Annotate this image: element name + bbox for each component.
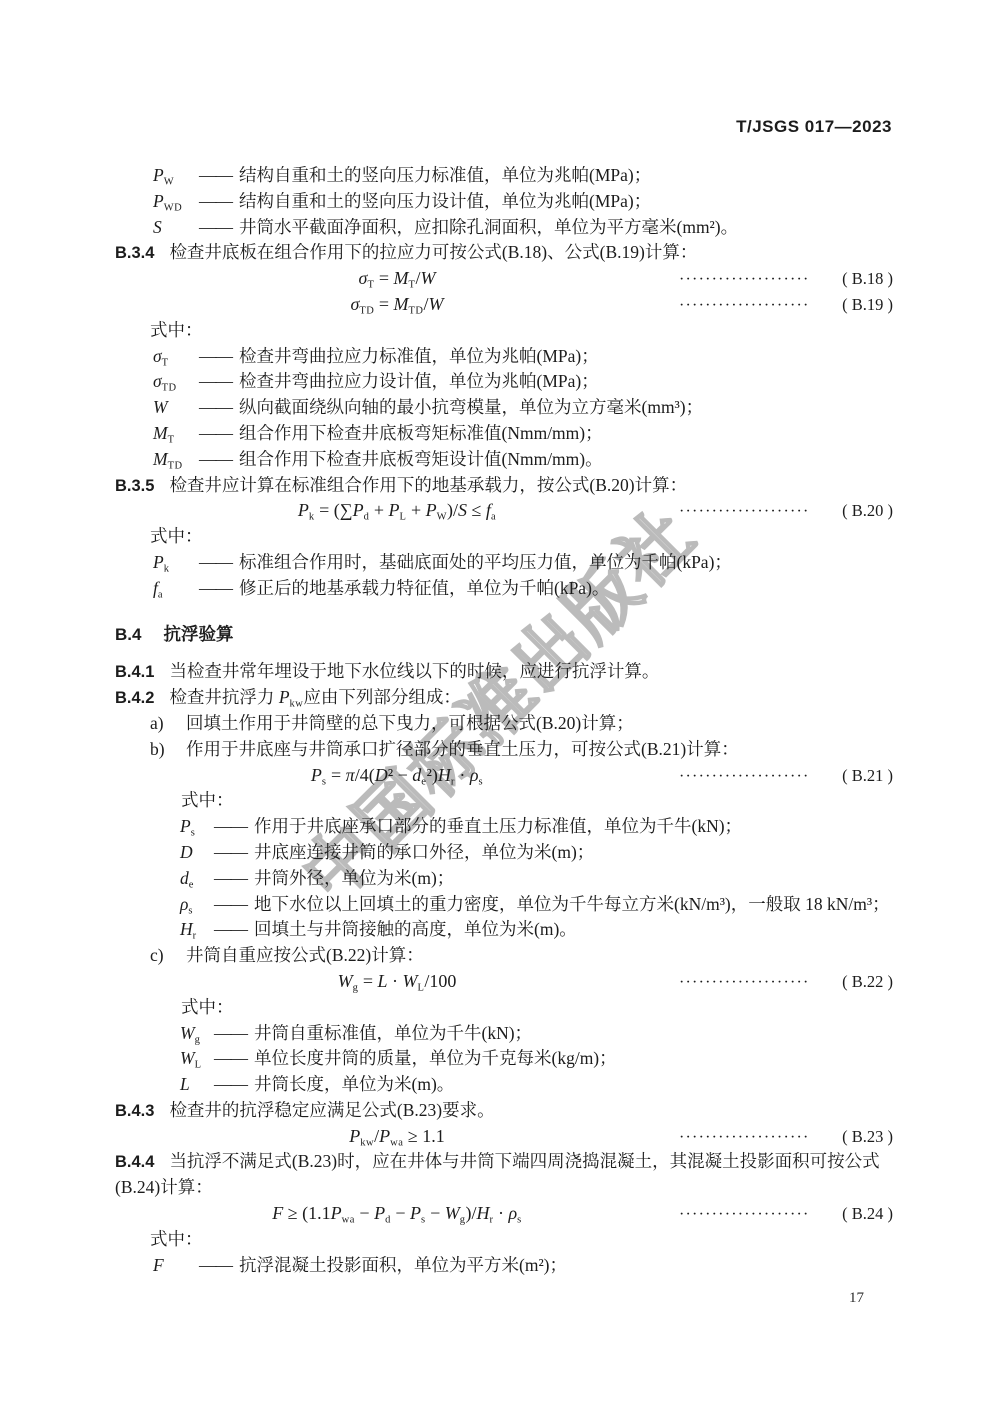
definition-symbol: D: [180, 840, 214, 866]
formula-line: F ≥ (1.1Pwa − Pd − Ps − Wg)/Hr · ρs·····…: [115, 1201, 893, 1227]
text: (B.24)计算：: [115, 1177, 213, 1197]
definition-text: 修正后的地基承载力特征值，单位为千帕(kPa)。: [239, 578, 609, 598]
definition-text: 检查井弯曲拉应力设计值，单位为兆帕(MPa)；: [239, 371, 599, 391]
definition-text: 标准组合作用时，基础底面处的平均压力值，单位为千帕(kPa)；: [239, 552, 732, 572]
clause-number: B.3.4: [115, 244, 154, 262]
text: 当抗浮不满足式(B.23)时，应在井体与井筒下端四周浇捣混凝土，其混凝土投影面积…: [169, 1151, 879, 1171]
definition-dash: ——: [214, 894, 247, 914]
document-body: PW——结构自重和土的竖向压力标准值，单位为兆帕(MPa)；PWD——结构自重和…: [115, 163, 893, 1278]
heading-line: B.4抗浮验算: [115, 622, 893, 648]
definition-text: 检查井弯曲拉应力标准值，单位为兆帕(MPa)；: [239, 346, 599, 366]
definition-text: 井底座连接井筒的承口外径，单位为米(m)；: [254, 842, 594, 862]
clause-number: B.4.3: [115, 1102, 154, 1120]
formula-line: Pkw/Pwa ≥ 1.1·······················( B.…: [115, 1124, 893, 1150]
formula-number: ( B.22 ): [809, 969, 893, 995]
definition-text: 组合作用下检查井底板弯矩设计值(Nmm/mm)。: [239, 449, 603, 469]
formula-leader-dots: ·······················: [679, 970, 809, 996]
definition-text: 回填土与井筒接触的高度，单位为米(m)。: [254, 919, 577, 939]
formula-leader-dots: ·······················: [679, 1125, 809, 1151]
list-label: a): [150, 711, 186, 737]
clause-number: B.4.2: [115, 689, 154, 707]
definition-dash: ——: [214, 1048, 247, 1068]
definition-symbol: L: [180, 1072, 214, 1098]
definition-text: 抗浮混凝土投影面积，单位为平方米(m²)；: [239, 1255, 567, 1275]
definition-text: 结构自重和土的竖向压力标准值，单位为兆帕(MPa)；: [239, 165, 651, 185]
definition-dash: ——: [214, 868, 247, 888]
def-line: PW——结构自重和土的竖向压力标准值，单位为兆帕(MPa)；: [153, 163, 893, 189]
text: 式中：: [181, 997, 234, 1017]
def-line: MT——组合作用下检查井底板弯矩标准值(Nmm/mm)；: [153, 421, 893, 447]
definition-dash: ——: [214, 919, 247, 939]
text: 式中：: [150, 1229, 203, 1249]
def-line: Ps——作用于井底座承口部分的垂直土压力标准值，单位为千牛(kN)；: [180, 814, 893, 840]
formula-leader-dots: ·······················: [679, 764, 809, 790]
text: 式中：: [150, 526, 203, 546]
definition-dash: ——: [199, 346, 232, 366]
definition-dash: ——: [199, 552, 232, 572]
text: 回填土作用于井筒壁的总下曳力，可根据公式(B.20)计算；: [186, 713, 634, 733]
def-line: WL——单位长度井筒的质量，单位为千克每米(kg/m)；: [180, 1046, 893, 1072]
text: 作用于井底座与井筒承口扩径部分的垂直土压力，可按公式(B.21)计算：: [186, 739, 739, 759]
clause-line: B.3.5检查井应计算在标准组合作用下的地基承载力，按公式(B.20)计算：: [115, 473, 893, 499]
formula-number: ( B.23 ): [809, 1124, 893, 1150]
formula-leader-dots: ·······················: [679, 293, 809, 319]
text: 当检查井常年埋设于地下水位线以下的时候，应进行抗浮计算。: [169, 661, 659, 681]
document-header: T/JSGS 017—2023: [736, 117, 892, 137]
definition-dash: ——: [199, 397, 232, 417]
def-line: Wg——井筒自重标准值，单位为千牛(kN)；: [180, 1021, 893, 1047]
formula-number: ( B.24 ): [809, 1201, 893, 1227]
definition-dash: ——: [199, 578, 232, 598]
text: 式中：: [150, 320, 203, 340]
definition-symbol: F: [153, 1253, 199, 1279]
def-line: S——井筒水平截面净面积，应扣除孔洞面积，单位为平方毫米(mm²)。: [153, 215, 893, 241]
definition-dash: ——: [199, 1255, 232, 1275]
def-line: PWD——结构自重和土的竖向压力设计值，单位为兆帕(MPa)；: [153, 189, 893, 215]
formula-number: ( B.18 ): [809, 266, 893, 292]
definition-text: 井筒自重标准值，单位为千牛(kN)；: [254, 1023, 532, 1043]
definition-dash: ——: [199, 371, 232, 391]
definition-dash: ——: [214, 1023, 247, 1043]
formula-line: Pk = (∑Pd + PL + PW)/S ≤ fa·············…: [115, 498, 893, 524]
definition-dash: ——: [199, 449, 232, 469]
clause-line: B.4.4当抗浮不满足式(B.23)时，应在井体与井筒下端四周浇捣混凝土，其混凝…: [115, 1149, 893, 1175]
definition-text: 结构自重和土的竖向压力设计值，单位为兆帕(MPa)；: [239, 191, 651, 211]
def-line: Hr——回填土与井筒接触的高度，单位为米(m)。: [180, 917, 893, 943]
definition-dash: ——: [214, 842, 247, 862]
list-label: b): [150, 737, 186, 763]
def-line: L——井筒长度，单位为米(m)。: [180, 1072, 893, 1098]
clause-line: B.4.3检查井的抗浮稳定应满足公式(B.23)要求。: [115, 1098, 893, 1124]
definition-text: 井筒水平截面净面积，应扣除孔洞面积，单位为平方毫米(mm²)。: [239, 217, 738, 237]
clause-line: B.3.4检查井底板在组合作用下的拉应力可按公式(B.18)、公式(B.19)计…: [115, 240, 893, 266]
def-line: fa——修正后的地基承载力特征值，单位为千帕(kPa)。: [153, 576, 893, 602]
formula-line: σTD = MTD/W·······················( B.19…: [115, 292, 893, 318]
formula-leader-dots: ·······················: [679, 1202, 809, 1228]
def-line: σT——检查井弯曲拉应力标准值，单位为兆帕(MPa)；: [153, 344, 893, 370]
definition-dash: ——: [214, 1074, 247, 1094]
clause-number: B.4.1: [115, 663, 154, 681]
definition-dash: ——: [199, 217, 232, 237]
def-line: de——井筒外径，单位为米(m)；: [180, 866, 893, 892]
definition-text: 井筒外径，单位为米(m)；: [254, 868, 454, 888]
definition-text: 井筒长度，单位为米(m)。: [254, 1074, 454, 1094]
clause-number: B.4: [115, 625, 141, 644]
definition-dash: ——: [199, 423, 232, 443]
list-line: b)作用于井底座与井筒承口扩径部分的垂直土压力，可按公式(B.21)计算：: [150, 737, 893, 763]
clause-line: B.4.2检查井抗浮力 Pkw应由下列部分组成：: [115, 685, 893, 711]
list-line: c)井筒自重应按公式(B.22)计算：: [150, 943, 893, 969]
formula-line: Ps = π/4(D² − de²)Hr · ρs···············…: [115, 763, 893, 789]
clause-number: B.3.5: [115, 477, 154, 495]
definition-text: 纵向截面绕纵向轴的最小抗弯模量，单位为立方毫米(mm³)；: [239, 397, 703, 417]
text: 检查井抗浮力 Pkw应由下列部分组成：: [169, 687, 460, 707]
list-line: a)回填土作用于井筒壁的总下曳力，可根据公式(B.20)计算；: [150, 711, 893, 737]
formula-leader-dots: ·······················: [679, 499, 809, 525]
def-line: ρs——地下水位以上回填土的重力密度，单位为千牛每立方米(kN/m³)，一般取 …: [180, 892, 893, 918]
page-number: 17: [849, 1290, 864, 1307]
definition-text: 地下水位以上回填土的重力密度，单位为千牛每立方米(kN/m³)，一般取 18 k…: [254, 894, 890, 914]
text: 检查井的抗浮稳定应满足公式(B.23)要求。: [169, 1100, 494, 1120]
formula-line: Wg = L · WL/100·······················( …: [115, 969, 893, 995]
clause-number: B.4.4: [115, 1153, 154, 1171]
definition-symbol: W: [153, 395, 199, 421]
def-line: D——井底座连接井筒的承口外径，单位为米(m)；: [180, 840, 893, 866]
definition-text: 作用于井底座承口部分的垂直土压力标准值，单位为千牛(kN)；: [254, 816, 742, 836]
definition-symbol: S: [153, 215, 199, 241]
text: 井筒自重应按公式(B.22)计算：: [186, 945, 424, 965]
plain-line: (B.24)计算：: [115, 1175, 893, 1201]
text: 式中：: [181, 790, 234, 810]
def-line: σTD——检查井弯曲拉应力设计值，单位为兆帕(MPa)；: [153, 369, 893, 395]
def-line: Pk——标准组合作用时，基础底面处的平均压力值，单位为千帕(kPa)；: [153, 550, 893, 576]
definition-symbol: fa: [153, 576, 199, 608]
formula-leader-dots: ·······················: [679, 267, 809, 293]
text: 检查井底板在组合作用下的拉应力可按公式(B.18)、公式(B.19)计算：: [169, 242, 697, 262]
def-line: F——抗浮混凝土投影面积，单位为平方米(m²)；: [153, 1253, 893, 1279]
formula-number: ( B.21 ): [809, 763, 893, 789]
document-page: T/JSGS 017—2023 中国标准出版社 PW——结构自重和土的竖向压力标…: [0, 0, 992, 1403]
definition-dash: ——: [214, 816, 247, 836]
list-label: c): [150, 943, 186, 969]
formula-number: ( B.19 ): [809, 292, 893, 318]
definition-dash: ——: [199, 165, 232, 185]
formula-number: ( B.20 ): [809, 498, 893, 524]
text: 检查井应计算在标准组合作用下的地基承载力，按公式(B.20)计算：: [169, 475, 687, 495]
definition-dash: ——: [199, 191, 232, 211]
text: 抗浮验算: [163, 624, 233, 644]
def-line: MTD——组合作用下检查井底板弯矩设计值(Nmm/mm)。: [153, 447, 893, 473]
definition-text: 组合作用下检查井底板弯矩标准值(Nmm/mm)；: [239, 423, 603, 443]
clause-line: B.4.1当检查井常年埋设于地下水位线以下的时候，应进行抗浮计算。: [115, 659, 893, 685]
formula-line: σT = MT/W·······················( B.18 ): [115, 266, 893, 292]
definition-text: 单位长度井筒的质量，单位为千克每米(kg/m)；: [254, 1048, 617, 1068]
def-line: W——纵向截面绕纵向轴的最小抗弯模量，单位为立方毫米(mm³)；: [153, 395, 893, 421]
